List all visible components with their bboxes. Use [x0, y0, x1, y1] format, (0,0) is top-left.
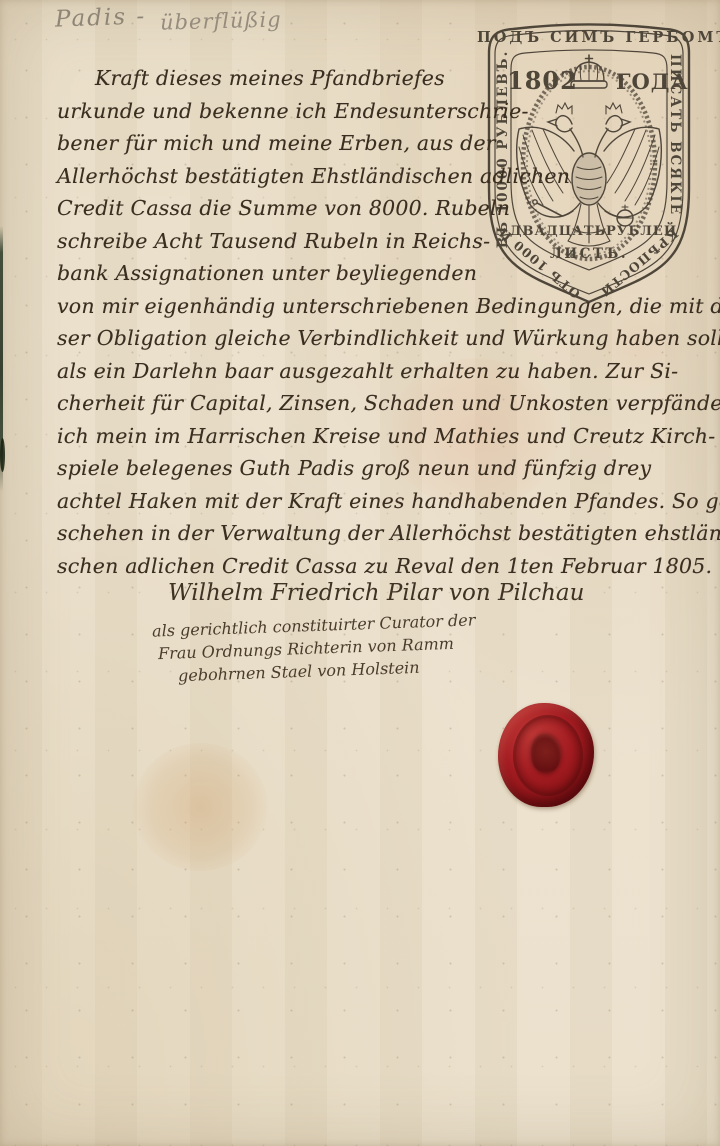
- manuscript-line: bank Assignationen unter beyliegenden: [57, 257, 707, 290]
- binding-edge-knot: [0, 438, 5, 472]
- pencil-annotation-padis: Padis -: [55, 3, 147, 32]
- stamp-border-text-top: ПОДЪ СИМЪ ГЕРБОМЪ: [477, 29, 701, 46]
- paper-stain: [133, 743, 268, 871]
- manuscript-line: Allerhöchst bestätigten Ehstländischen a…: [57, 160, 707, 193]
- manuscript-line: achtel Haken mit der Kraft eines handhab…: [57, 485, 707, 518]
- manuscript-line: spiele belegenes Guth Padis groß neun un…: [57, 452, 707, 485]
- manuscript-line: Credit Cassa die Summe von 8000. Rubeln: [57, 192, 707, 225]
- manuscript-line: ser Obligation gleiche Verbindlichkeit u…: [57, 322, 707, 355]
- manuscript-line: schreibe Acht Tausend Rubeln in Reichs-: [57, 225, 707, 258]
- manuscript-body: Kraft dieses meines Pfandbriefes urkunde…: [57, 62, 707, 582]
- manuscript-line: cherheit für Capital, Zinsen, Schaden un…: [57, 387, 707, 420]
- manuscript-line: bener für mich und meine Erben, aus der: [57, 127, 707, 160]
- manuscript-line: von mir eigenhändig unterschriebenen Bed…: [57, 290, 707, 323]
- manuscript-line: urkunde und bekenne ich Endesunterschrie…: [57, 95, 707, 128]
- signature-role-line: gebohrnen Stael von Holstein: [178, 658, 420, 685]
- manuscript-line: als ein Darlehn baar ausgezahlt erhalten…: [57, 355, 707, 388]
- document-page: Padis - überflüßig: [0, 0, 720, 1146]
- manuscript-line: Kraft dieses meines Pfandbriefes: [57, 62, 707, 95]
- manuscript-line: schen adlichen Credit Cassa zu Reval den…: [57, 550, 707, 583]
- pencil-annotation-ueberfluessig: überflüßig: [160, 7, 282, 34]
- manuscript-line: schehen in der Verwaltung der Allerhöchs…: [57, 517, 707, 550]
- signature-name: Wilhelm Friedrich Pilar von Pilchau: [168, 580, 584, 606]
- wax-seal: [498, 703, 594, 807]
- manuscript-line: ich mein im Harrischen Kreise und Mathie…: [57, 420, 707, 453]
